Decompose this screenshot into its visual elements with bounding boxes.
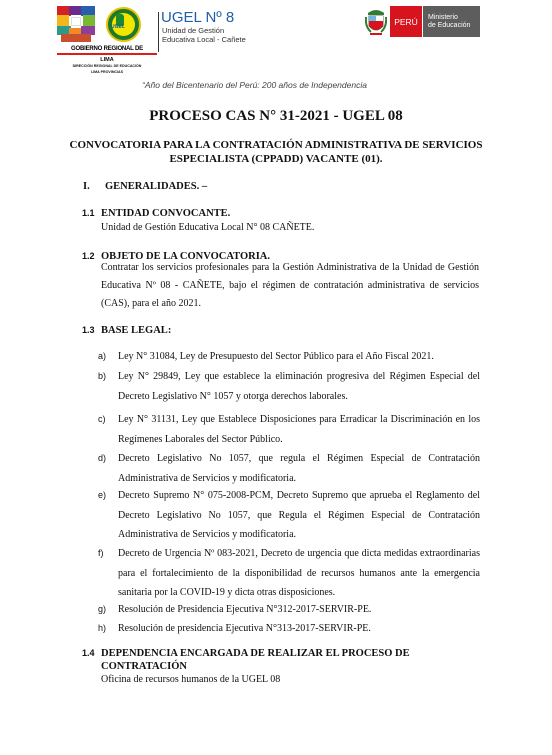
ministry-line2: de Educación	[428, 22, 480, 30]
heading-number: 1.4	[82, 647, 101, 660]
heading-number: 1.3	[82, 325, 101, 335]
ministry-line1: Ministerio	[428, 14, 480, 22]
section-title: GENERALIDADES. –	[105, 181, 207, 192]
ugel-divider	[158, 12, 159, 52]
item-label: b)	[98, 367, 106, 387]
base-legal-item: f) Decreto de Urgencia Nº 083-2021, Decr…	[98, 544, 480, 603]
ugel-sub-line2: Educativa Local - Cañete	[162, 35, 246, 44]
base-legal-item: h) Resolución de presidencia Ejecutiva N…	[98, 619, 480, 639]
heading-title-line2: CONTRATACIÓN	[101, 661, 187, 672]
ugel-seal-logo: UGEL	[106, 7, 141, 42]
document-header: UGEL GOBIERNO REGIONAL DE LIMA DIRECCIÓN…	[0, 0, 552, 95]
gob-regional-sub2: LIMA PROVINCIAS	[57, 70, 157, 74]
heading-base-legal: 1.3BASE LEGAL:	[82, 325, 171, 336]
subtitle-line2: ESPECIALISTA (CPPADD) VACANTE (01).	[0, 152, 552, 166]
ugel-subtitle: Unidad de Gestión Educativa Local - Cañe…	[162, 26, 246, 44]
gob-regional-sub1: DIRECCIÓN REGIONAL DE EDUCACIÓN	[57, 64, 157, 68]
section-number: I.	[83, 181, 105, 192]
peru-coat-of-arms-icon	[365, 7, 387, 37]
base-legal-item: d) Decreto Legislativo No 1057, que regu…	[98, 449, 480, 488]
item-text: Ley N° 31131, Ley que Establece Disposic…	[118, 410, 480, 449]
heading-entidad-convocante: 1.1ENTIDAD CONVOCANTE.	[82, 208, 230, 219]
item-text: Resolución de presidencia Ejecutiva N°31…	[118, 619, 480, 639]
dependencia-encargada-body: Oficina de recursos humanos de la UGEL 0…	[101, 673, 479, 686]
ugel-sub-line1: Unidad de Gestión	[162, 26, 246, 35]
item-label: c)	[98, 410, 106, 430]
base-legal-item: e) Decreto Supremo N° 075-2008-PCM, Decr…	[98, 486, 480, 545]
item-text: Resolución de Presidencia Ejecutiva N°31…	[118, 600, 480, 620]
gob-regional-underline	[57, 53, 157, 55]
item-label: f)	[98, 544, 104, 564]
year-motto: “Año del Bicentenario del Perú: 200 años…	[142, 80, 367, 90]
item-label: g)	[98, 600, 106, 620]
objeto-convocatoria-body: Contratar los servicios profesionales pa…	[101, 259, 479, 313]
gob-regional-title: GOBIERNO REGIONAL DE	[60, 46, 154, 52]
document-title: PROCESO CAS N° 31-2021 - UGEL 08	[0, 108, 552, 125]
item-label: h)	[98, 619, 106, 639]
heading-title-line1: DEPENDENCIA ENCARGADA DE REALIZAR EL PRO…	[101, 648, 410, 659]
item-text: Decreto Supremo N° 075-2008-PCM, Decreto…	[118, 486, 480, 545]
gobierno-regional-logo	[57, 6, 95, 42]
base-legal-item: b) Ley N° 29849, Ley que establece la el…	[98, 367, 480, 406]
document-subtitle: CONVOCATORIA PARA LA CONTRATACIÓN ADMINI…	[0, 138, 552, 166]
ugel-name: UGEL Nº 8	[161, 10, 234, 25]
entidad-convocante-body: Unidad de Gestión Educativa Local N° 08 …	[101, 221, 479, 234]
base-legal-item: c) Ley N° 31131, Ley que Establece Dispo…	[98, 410, 480, 449]
item-text: Ley N° 29849, Ley que establece la elimi…	[118, 367, 480, 406]
section-generalidades: I.GENERALIDADES. –	[83, 181, 207, 192]
item-text: Decreto de Urgencia Nº 083-2021, Decreto…	[118, 544, 480, 603]
heading-title: ENTIDAD CONVOCANTE.	[101, 208, 230, 219]
item-text: Decreto Legislativo No 1057, que regula …	[118, 449, 480, 488]
peru-brand-block: PERÚ	[390, 6, 422, 37]
subtitle-line1: CONVOCATORIA PARA LA CONTRATACIÓN ADMINI…	[0, 138, 552, 152]
item-label: a)	[98, 347, 106, 367]
heading-number: 1.2	[82, 251, 101, 261]
item-text: Ley N° 31084, Ley de Presupuesto del Sec…	[118, 347, 480, 367]
base-legal-item: g) Resolución de Presidencia Ejecutiva N…	[98, 600, 480, 620]
gob-regional-lima: LIMA	[60, 57, 154, 63]
heading-title: BASE LEGAL:	[101, 325, 171, 336]
base-legal-item: a) Ley N° 31084, Ley de Presupuesto del …	[98, 347, 480, 367]
item-label: e)	[98, 486, 106, 506]
item-label: d)	[98, 449, 106, 469]
heading-dependencia-encargada: 1.4DEPENDENCIA ENCARGADA DE REALIZAR EL …	[82, 647, 410, 673]
ministerio-educacion-block: Ministerio de Educación	[423, 6, 480, 37]
heading-number: 1.1	[82, 208, 101, 218]
